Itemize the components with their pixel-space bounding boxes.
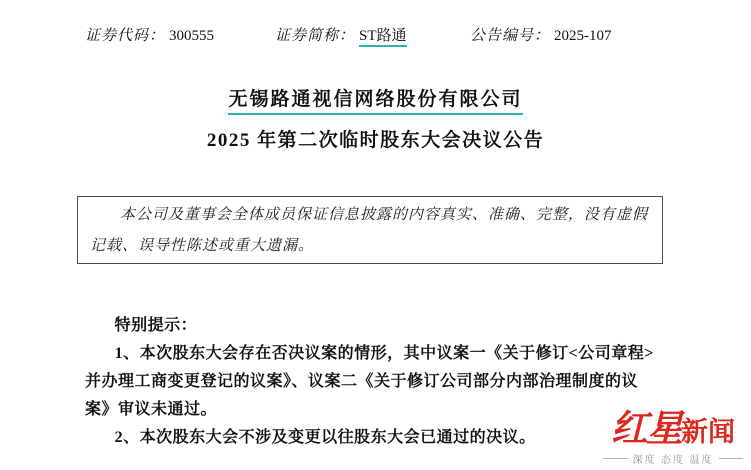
- notice-paragraph-1-line: 并办理工商变更登记的议案》、议案二《关于修订公司部分内部治理制度的议: [85, 368, 667, 396]
- notice-paragraph-1-line: 案》审议未通过。: [85, 396, 667, 424]
- tagline-dash-left: [603, 458, 628, 459]
- security-code: 证券代码：300555: [85, 24, 214, 45]
- announcement-title: 2025 年第二次临时股东大会决议公告: [0, 125, 751, 152]
- announcement-page: 证券代码：300555 证券简称：ST路通 公告编号：2025-107 无锡路通…: [0, 0, 751, 470]
- special-notice-heading: 特别提示：: [85, 312, 667, 340]
- tagline-text: 深度 态度 温度: [628, 451, 719, 466]
- brand-calligraphy-text: 红星: [611, 409, 681, 450]
- hongxing-news-logo: 红星新闻 深度 态度 温度: [603, 411, 743, 466]
- notice-paragraph-1-line: 1、本次股东大会存在否决议案的情形，其中议案一《关于修订<公司章程>: [85, 340, 667, 368]
- security-code-label: 证券代码：: [85, 28, 165, 44]
- tagline-dash-right: [719, 458, 744, 459]
- statement-line: 本公司及董事会全体成员保证信息披露的内容真实、准确、完整，没有虚假: [90, 200, 650, 231]
- brand-bold-text: 新闻: [681, 417, 735, 447]
- announcement-number-label: 公告编号：: [470, 28, 550, 44]
- company-title-text: 无锡路通视信网络股份有限公司: [228, 89, 522, 115]
- announcement-number: 公告编号：2025-107: [470, 24, 612, 45]
- security-abbreviation-value: ST路通: [359, 28, 407, 47]
- security-code-value: 300555: [169, 28, 214, 44]
- announcement-number-value: 2025-107: [554, 28, 612, 44]
- disclosure-statement-box: 本公司及董事会全体成员保证信息披露的内容真实、准确、完整，没有虚假 记载、误导性…: [77, 196, 663, 264]
- statement-line: 记载、误导性陈述或重大遗漏。: [90, 231, 650, 262]
- security-abbreviation: 证券简称：ST路通: [275, 24, 407, 45]
- company-title: 无锡路通视信网络股份有限公司: [0, 84, 751, 111]
- security-abbreviation-label: 证券简称：: [275, 28, 355, 44]
- special-notice-section: 特别提示： 1、本次股东大会存在否决议案的情形，其中议案一《关于修订<公司章程>…: [85, 312, 667, 452]
- brand-tagline: 深度 态度 温度: [603, 451, 743, 466]
- hongxing-news-wordmark: 红星新闻: [603, 411, 743, 448]
- notice-paragraph-2: 2、本次股东大会不涉及变更以往股东大会已通过的决议。: [85, 424, 667, 452]
